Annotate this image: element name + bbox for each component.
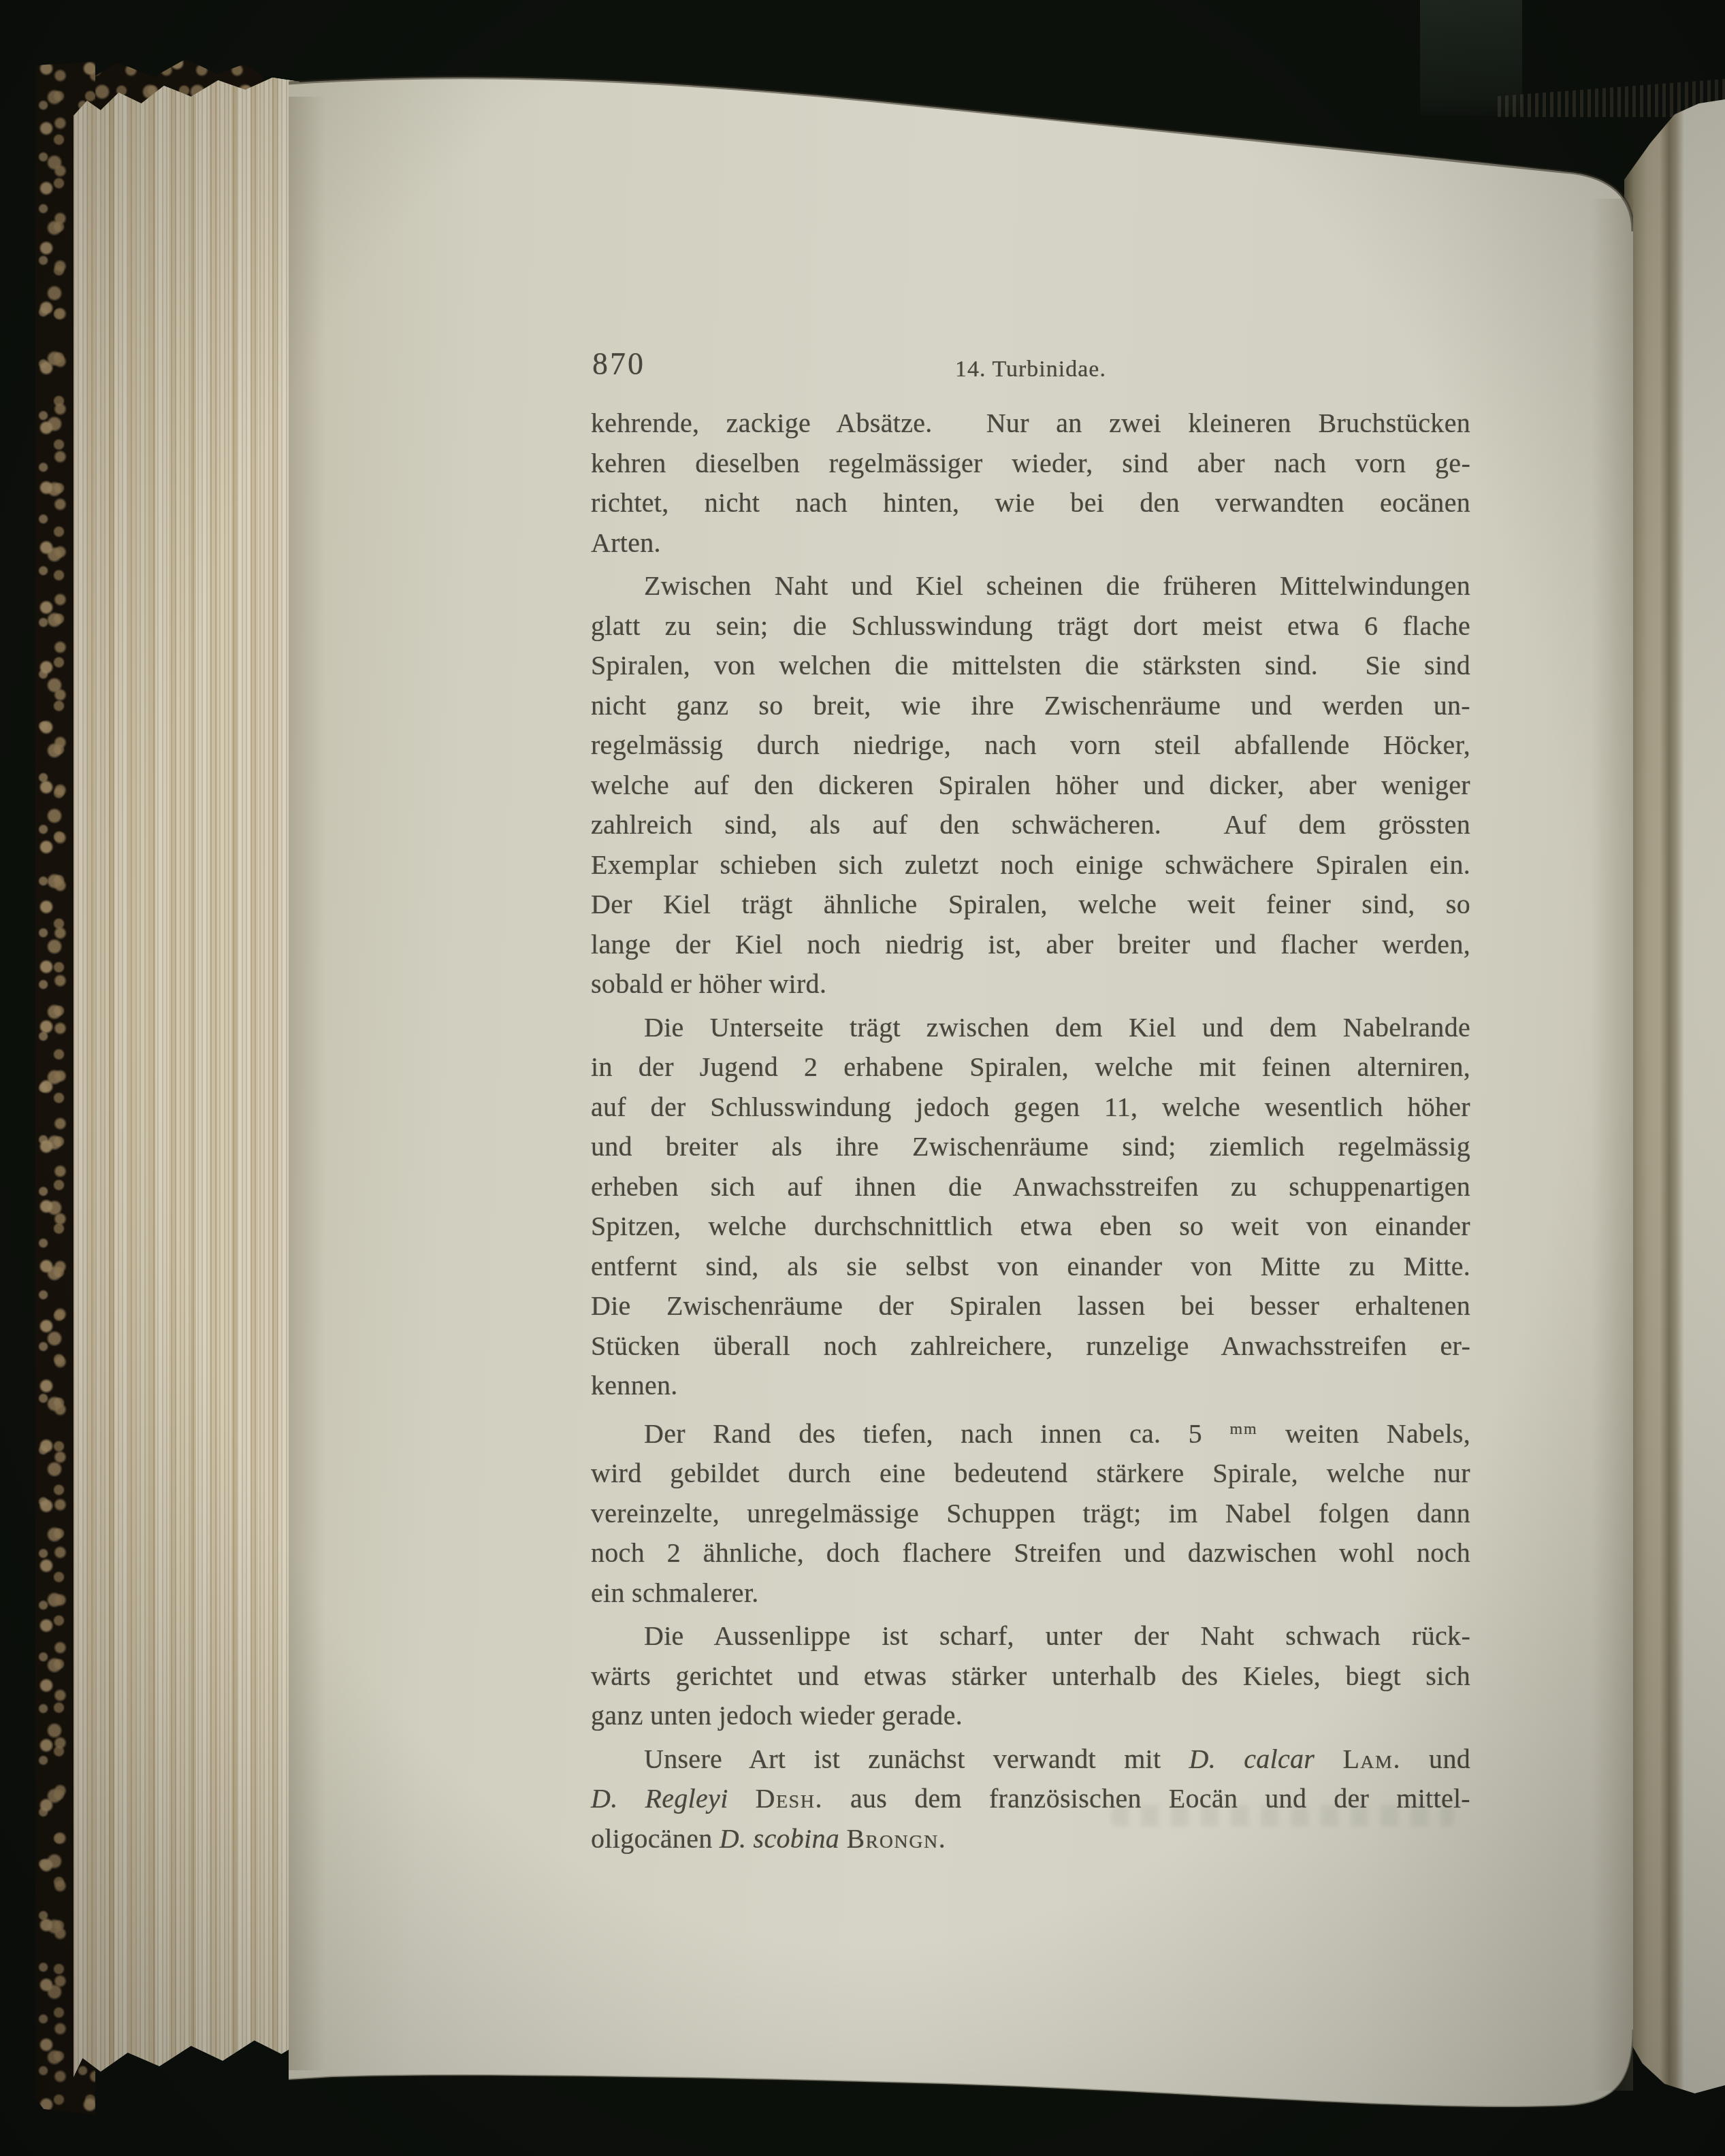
text-line: entfernt sind, als sie selbst von einand… (591, 1247, 1470, 1287)
text-line: wärts gerichtet und etwas stärker unterh… (591, 1656, 1470, 1697)
text-run: Die Aussenlippe ist scharf, unter der Na… (644, 1620, 1470, 1651)
text-run-i: D. calcar (1189, 1744, 1315, 1774)
text-line: richtet, nicht nach hinten, wie bei den … (591, 483, 1470, 523)
text-line: erheben sich auf ihnen die Anwachsstreif… (591, 1167, 1470, 1207)
text-line: oligocänen D. scobina Brongn. (591, 1819, 1470, 1859)
text-run: sobald er höher wird. (591, 968, 826, 999)
printed-text-block: 870 14. Turbinidae. kehrende, zackige Ab… (591, 346, 1470, 1859)
text-line: wird gebildet durch eine bedeutend stärk… (591, 1454, 1470, 1494)
text-line: Die Aussenlippe ist scharf, unter der Na… (591, 1616, 1470, 1656)
running-title: 14. Turbinidae. (955, 357, 1106, 382)
text-run: Stücken überall noch zahlreichere, runze… (591, 1330, 1470, 1361)
paragraph: Zwischen Naht und Kiel scheinen die früh… (591, 566, 1470, 1004)
text-run: Spiralen, von welchen die mittelsten die… (591, 650, 1470, 681)
text-line: regelmässig durch niedrige, nach vorn st… (591, 725, 1470, 766)
text-run: richtet, nicht nach hinten, wie bei den … (591, 487, 1470, 518)
text-run: und (1401, 1744, 1470, 1774)
text-run (839, 1823, 846, 1854)
text-run: vereinzelte, unregelmässige Schuppen trä… (591, 1498, 1470, 1529)
text-run: weiten Nabels, (1258, 1418, 1470, 1449)
text-run: ganz unten jedoch wieder gerade. (591, 1700, 963, 1731)
text-line: und breiter als ihre Zwischenräume sind;… (591, 1127, 1470, 1167)
page-stack-fore-edge (74, 76, 300, 2104)
text-line: welche auf den dickeren Spiralen höher u… (591, 766, 1470, 806)
text-run: in der Jugend 2 erhabene Spiralen, welch… (591, 1051, 1470, 1082)
text-run-sup: mm (1229, 1420, 1257, 1438)
paragraph: Der Rand des tiefen, nach innen ca. 5 mm… (591, 1409, 1470, 1614)
text-run: noch 2 ähnliche, doch flachere Streifen … (591, 1537, 1470, 1568)
text-run-sc: Desh. (756, 1783, 823, 1814)
text-run: kehrende, zackige Absätze. Nur an zwei k… (591, 408, 1470, 438)
text-run: auf der Schlusswindung jedoch gegen 11, … (591, 1092, 1470, 1122)
text-line: lange der Kiel noch niedrig ist, aber br… (591, 925, 1470, 965)
text-run: aus dem französischen Eocän und der mitt… (823, 1783, 1470, 1814)
page-body-text: kehrende, zackige Absätze. Nur an zwei k… (591, 404, 1470, 1859)
text-line: nicht ganz so breit, wie ihre Zwischenrä… (591, 686, 1470, 726)
paragraph: kehrende, zackige Absätze. Nur an zwei k… (591, 404, 1470, 563)
text-run-i: D. scobina (720, 1823, 839, 1854)
page-header: 870 14. Turbinidae. (591, 346, 1470, 381)
text-run: kennen. (591, 1370, 678, 1401)
text-run: Der Kiel trägt ähnliche Spiralen, welche… (591, 889, 1470, 919)
facing-page-edge (1624, 99, 1725, 2107)
text-run: welche auf den dickeren Spiralen höher u… (591, 770, 1470, 800)
text-line: vereinzelte, unregelmässige Schuppen trä… (591, 1494, 1470, 1534)
text-line: Spiralen, von welchen die mittelsten die… (591, 646, 1470, 686)
paragraph: Die Unterseite trägt zwischen dem Kiel u… (591, 1008, 1470, 1406)
text-line: Stücken überall noch zahlreichere, runze… (591, 1326, 1470, 1367)
text-run: ein schmalerer. (591, 1578, 759, 1608)
text-line: noch 2 ähnliche, doch flachere Streifen … (591, 1533, 1470, 1573)
text-run-sc: Lam. (1342, 1744, 1401, 1774)
text-run: nicht ganz so breit, wie ihre Zwischenrä… (591, 690, 1470, 721)
text-run: zahlreich sind, als auf den schwächeren.… (591, 809, 1470, 840)
text-run: Unsere Art ist zunächst verwandt mit (644, 1744, 1189, 1774)
text-line: ein schmalerer. (591, 1573, 1470, 1614)
text-run: Die Zwischenräume der Spiralen lassen be… (591, 1290, 1470, 1321)
text-line: auf der Schlusswindung jedoch gegen 11, … (591, 1088, 1470, 1128)
text-line: kehren dieselben regelmässiger wieder, s… (591, 444, 1470, 484)
text-line: Der Kiel trägt ähnliche Spiralen, welche… (591, 885, 1470, 925)
text-run: regelmässig durch niedrige, nach vorn st… (591, 730, 1470, 760)
text-run: lange der Kiel noch niedrig ist, aber br… (591, 929, 1470, 960)
text-line: zahlreich sind, als auf den schwächeren.… (591, 805, 1470, 845)
page-number: 870 (592, 346, 645, 382)
text-line: D. Regleyi Desh. aus dem französischen E… (591, 1779, 1470, 1819)
text-line: Exemplar schieben sich zuletzt noch eini… (591, 845, 1470, 885)
text-line: kennen. (591, 1366, 1470, 1406)
text-run: glatt zu sein; die Schlusswindung trägt … (591, 610, 1470, 641)
text-line: in der Jugend 2 erhabene Spiralen, welch… (591, 1047, 1470, 1088)
text-run: Die Unterseite trägt zwischen dem Kiel u… (644, 1012, 1470, 1043)
paragraph: Die Aussenlippe ist scharf, unter der Na… (591, 1616, 1470, 1736)
text-run: oligocänen (591, 1823, 720, 1854)
text-run: und breiter als ihre Zwischenräume sind;… (591, 1131, 1470, 1162)
text-line: ganz unten jedoch wieder gerade. (591, 1696, 1470, 1736)
text-line: Die Zwischenräume der Spiralen lassen be… (591, 1286, 1470, 1326)
text-run: entfernt sind, als sie selbst von einand… (591, 1251, 1470, 1281)
text-run-sc: Brongn. (846, 1823, 946, 1854)
text-run: kehren dieselben regelmässiger wieder, s… (591, 448, 1470, 478)
text-run: Arten. (591, 527, 661, 558)
text-line: Spitzen, welche durchschnittlich etwa eb… (591, 1207, 1470, 1247)
book-photo: 870 14. Turbinidae. kehrende, zackige Ab… (0, 0, 1725, 2156)
text-line: Unsere Art ist zunächst verwandt mit D. … (591, 1739, 1470, 1780)
text-run (728, 1783, 756, 1814)
text-run: wird gebildet durch eine bedeutend stärk… (591, 1458, 1470, 1488)
text-line: Arten. (591, 523, 1470, 563)
text-line: sobald er höher wird. (591, 964, 1470, 1004)
text-run: Spitzen, welche durchschnittlich etwa eb… (591, 1211, 1470, 1241)
text-run: Der Rand des tiefen, nach innen ca. 5 (644, 1418, 1229, 1449)
text-line: glatt zu sein; die Schlusswindung trägt … (591, 606, 1470, 647)
text-line: Die Unterseite trägt zwischen dem Kiel u… (591, 1008, 1470, 1048)
text-line: Zwischen Naht und Kiel scheinen die früh… (591, 566, 1470, 606)
paragraph: Unsere Art ist zunächst verwandt mit D. … (591, 1739, 1470, 1859)
text-run: wärts gerichtet und etwas stärker unterh… (591, 1661, 1470, 1691)
text-line: Der Rand des tiefen, nach innen ca. 5 mm… (591, 1409, 1470, 1454)
text-run (1315, 1744, 1342, 1774)
text-line: kehrende, zackige Absätze. Nur an zwei k… (591, 404, 1470, 444)
text-run: Zwischen Naht und Kiel scheinen die früh… (644, 570, 1470, 601)
text-run: erheben sich auf ihnen die Anwachsstreif… (591, 1171, 1470, 1202)
text-run: Exemplar schieben sich zuletzt noch eini… (591, 849, 1470, 880)
text-run-i: D. Regleyi (591, 1783, 728, 1814)
